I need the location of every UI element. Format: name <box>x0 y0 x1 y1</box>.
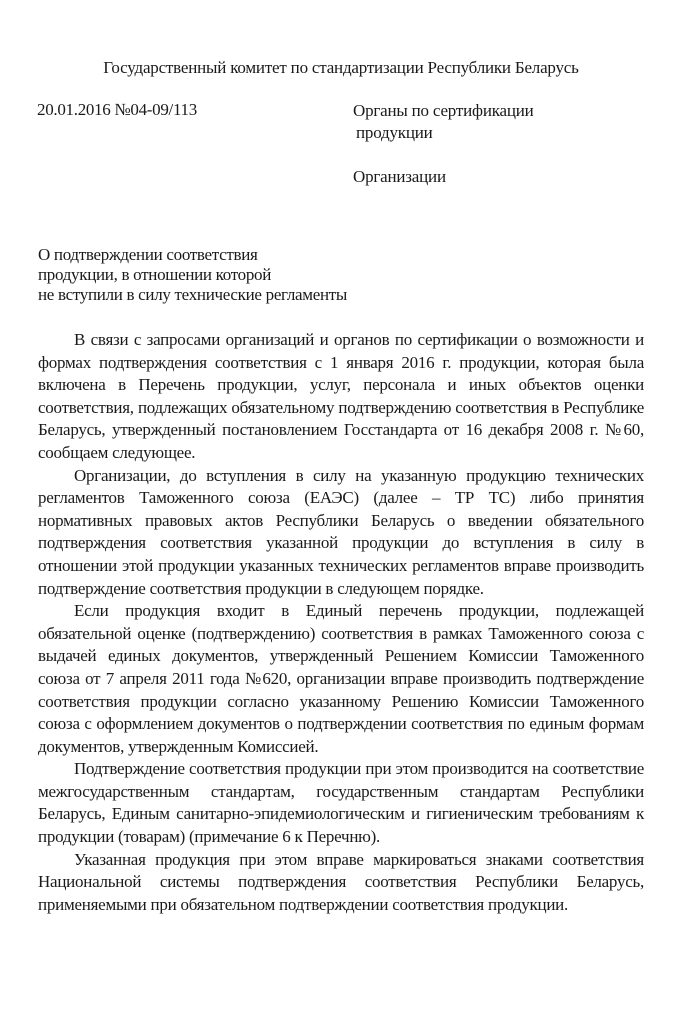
subject-line: О подтверждении соответствия <box>38 245 347 265</box>
issuer-header: Государственный комитет по стандартизаци… <box>0 58 682 78</box>
recipient-line: продукции <box>353 122 534 144</box>
recipients-block: Органы по сертификации продукции Организ… <box>353 100 534 188</box>
subject-line: не вступили в силу технические регламент… <box>38 285 347 305</box>
body-paragraph: Подтверждение соответствия продукции при… <box>38 758 644 848</box>
letter-body: В связи с запросами организаций и органо… <box>38 329 644 916</box>
recipient-line: Организации <box>353 166 534 188</box>
subject-block: О подтверждении соответствия продукции, … <box>38 245 347 305</box>
body-paragraph: В связи с запросами организаций и органо… <box>38 329 644 465</box>
recipient-line: Органы по сертификации <box>353 100 534 122</box>
document-page: Государственный комитет по стандартизаци… <box>0 0 682 1024</box>
body-paragraph: Организации, до вступления в силу на ука… <box>38 465 644 601</box>
document-reference: 20.01.2016 №04-09/113 <box>37 100 197 120</box>
subject-line: продукции, в отношении которой <box>38 265 347 285</box>
body-paragraph: Если продукция входит в Единый перечень … <box>38 600 644 758</box>
body-paragraph: Указанная продукция при этом вправе марк… <box>38 849 644 917</box>
